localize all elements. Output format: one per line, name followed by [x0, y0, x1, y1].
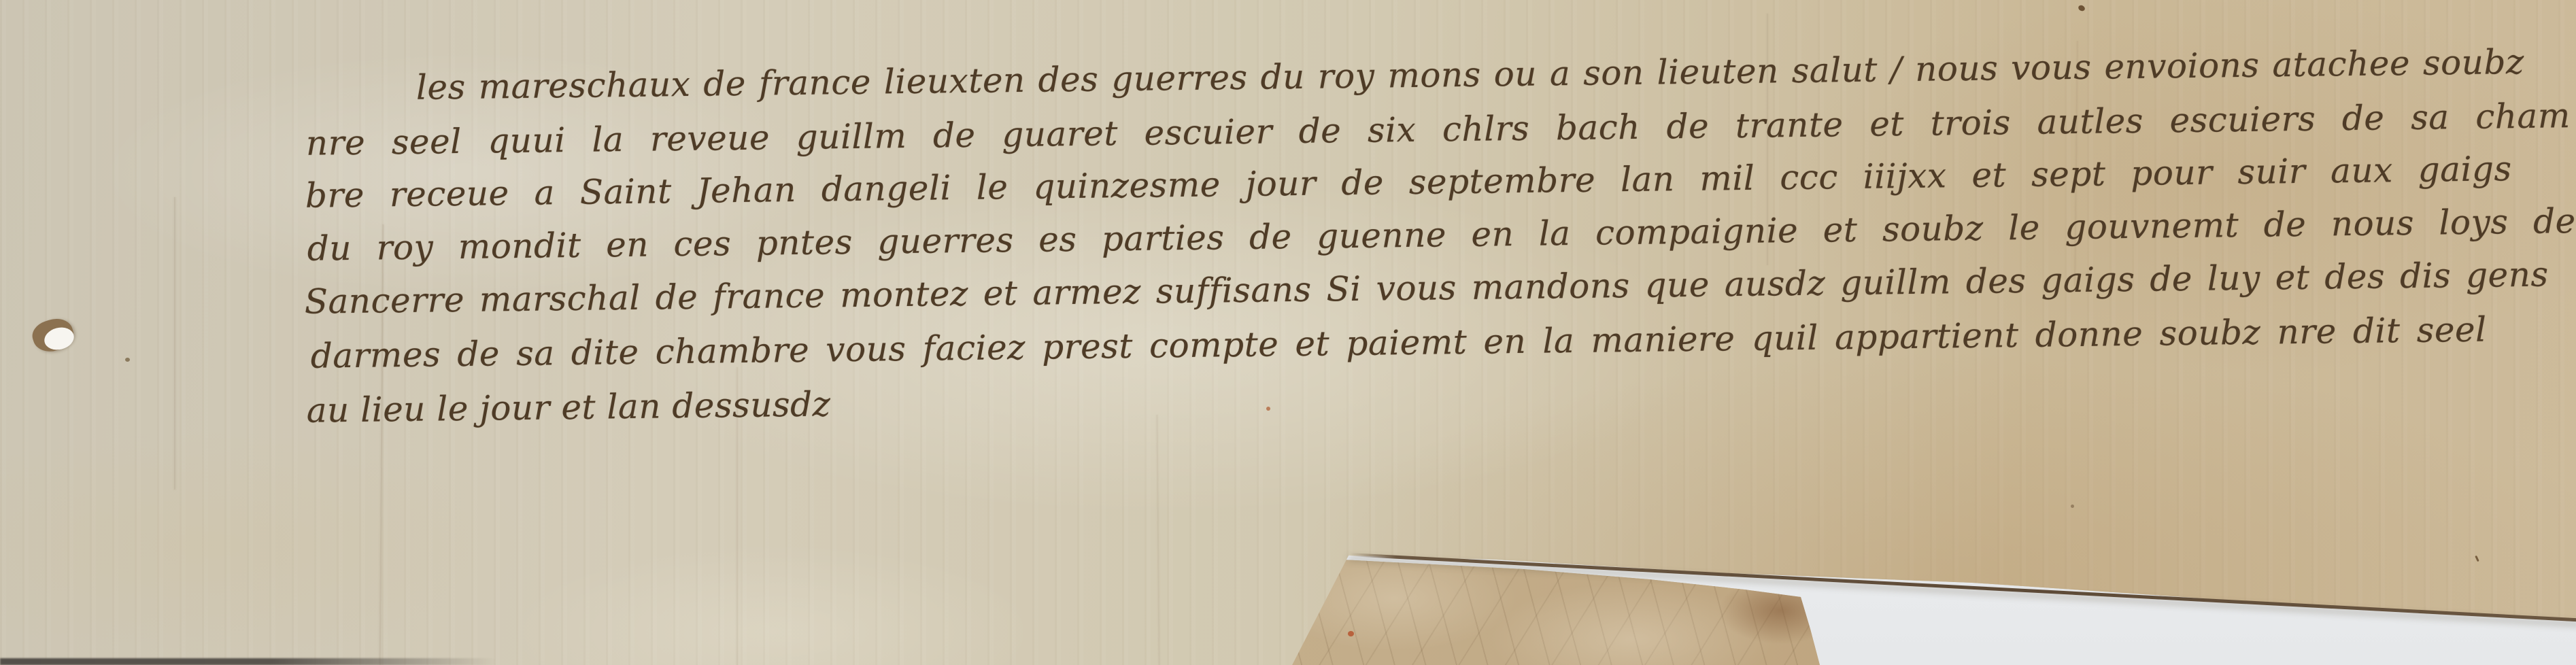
text-line: au lieu le jour et lan dessusdz	[306, 385, 830, 430]
manuscript-text: les mareschaux de france lieuxten des gu…	[0, 0, 2576, 665]
text-line: darmes de sa dite chambre vous faciez pr…	[310, 311, 2486, 377]
manuscript-photo: les mareschaux de france lieuxten des gu…	[0, 0, 2576, 665]
text-line: Sancerre marschal de france montez et ar…	[304, 255, 2548, 322]
table-shadow-strip	[0, 658, 496, 665]
text-line: les mareschaux de france lieuxten des gu…	[416, 43, 2524, 107]
